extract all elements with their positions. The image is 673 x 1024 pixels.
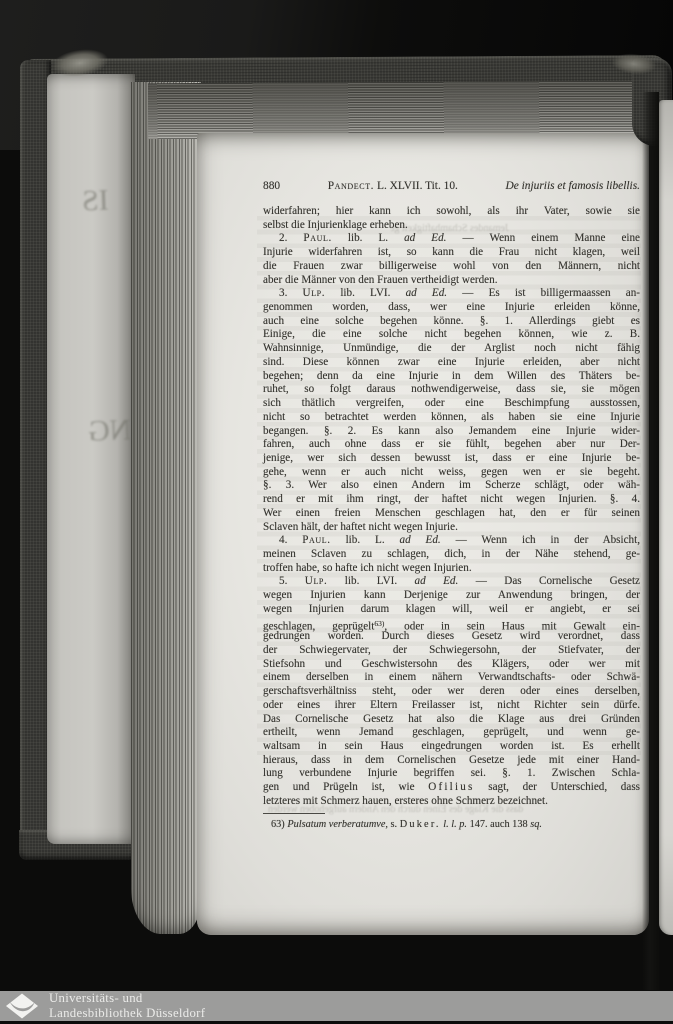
- text-line: sind. Diese können zwar eine Injurie erl…: [263, 356, 640, 370]
- page-edges-top: [148, 81, 644, 140]
- text-segment: gehe, wenn er auch nicht weiss, gegen we…: [263, 466, 640, 478]
- text-segment: Paul.: [303, 232, 331, 244]
- text-segment: der Schwiegervater, der Schwiegersohn, d…: [263, 644, 640, 656]
- text-segment: 63): [374, 619, 384, 628]
- text-line: geschlagen, geprügelt63), oder in sein H…: [263, 617, 640, 631]
- page-number: 880: [263, 180, 280, 192]
- text-line: 2. Paul. lib. L. ad Ed. — Wenn einem Man…: [263, 232, 640, 246]
- text-line: die Frauen zwar billigerweise wohl von d…: [263, 260, 640, 274]
- text-line: jenige, wer sich dessen bewusst ist, das…: [263, 452, 640, 466]
- text-segment: §. 3. Wer also einen Andern im Scherze s…: [263, 479, 640, 491]
- text-segment: begangen. §. 2. Es kann also Jemandem ei…: [263, 425, 640, 437]
- text-line: 4. Paul. lib. L. ad Ed. — Wenn ich in de…: [263, 534, 640, 548]
- text-segment: ad Ed.: [415, 575, 459, 587]
- text-line: lung verbundene Injurie begriffen sei. §…: [263, 767, 640, 781]
- text-line: 5. Ulp. lib. LVI. ad Ed. — Das Cornelisc…: [263, 575, 640, 589]
- text-line: oder eines ihrer Eltern Freilasser ist, …: [263, 699, 640, 713]
- running-title: Pandect. L. XLVII. Tit. 10.: [328, 180, 458, 192]
- text-segment: lib. LVI.: [325, 287, 405, 299]
- text-segment: gedrungen worden. Durch dieses Gesetz wi…: [263, 630, 640, 642]
- text-segment: wegen Injurien kann Derjenige zur Anwend…: [263, 589, 640, 601]
- text-segment: Wer einen freien Menschen geschlagen hat…: [263, 507, 640, 519]
- text-line: genommen worden, dass, wer eine Injurie …: [263, 301, 640, 315]
- text-segment: 2.: [279, 232, 303, 244]
- text-line: meinen Sclaven zu schlagen, dich, in der…: [263, 548, 640, 562]
- text-segment: nicht so betrachtet werden können, als h…: [263, 411, 640, 423]
- text-line: Einige, die eine solche nicht begehen kö…: [263, 328, 640, 342]
- text-segment: ad Ed.: [400, 534, 441, 546]
- text-segment: ad Ed.: [404, 232, 446, 244]
- text-segment: Ulp.: [303, 287, 326, 299]
- text-segment: fahren, auch ohne dass er sie fühlt, beg…: [263, 438, 640, 450]
- text-line: gehe, wenn er auch nicht weiss, gegen we…: [263, 466, 640, 480]
- text-segment: lib. L.: [331, 534, 400, 546]
- text-segment: waltsam in sein Haus eingedrungen worden…: [263, 740, 640, 752]
- text-segment: 3.: [279, 287, 303, 299]
- text-segment: Sclaven hält, der haftet nicht wegen Inj…: [263, 521, 458, 533]
- text-line: waltsam in sein Haus eingedrungen worden…: [263, 740, 640, 754]
- text-segment: hieraus, dass in dem Cornelischen Gesetz…: [263, 754, 640, 766]
- text-segment: Duker.: [400, 819, 441, 830]
- text-segment: lung verbundene Injurie begriffen sei. §…: [263, 767, 640, 779]
- text-line: aber die Männer von den Frauen vertheidi…: [263, 274, 640, 288]
- library-name-line1: Universitäts- und: [49, 991, 205, 1006]
- text-segment: — Es ist billigermaassen an-: [447, 287, 640, 299]
- text-line: rend er mit ihm ringt, der haftet nicht …: [263, 493, 640, 507]
- text-segment: 5.: [279, 575, 305, 587]
- page-header: 880 Pandect. L. XLVII. Tit. 10. De injur…: [263, 180, 640, 192]
- text-segment: 147. auch 138: [467, 819, 530, 830]
- text-line: einem derselben in einem nähern Verwandt…: [263, 671, 640, 685]
- text-segment: , s.: [385, 819, 399, 830]
- text-line: wegen Injurien kann Derjenige zur Anwend…: [263, 589, 640, 603]
- text-segment: Wahnsinnige, Unmündige, die der Arglist …: [263, 342, 640, 354]
- text-segment: sind. Diese können zwar eine Injurie erl…: [263, 356, 640, 368]
- text-line: Injurie widerfahren ist, so kann die Fra…: [263, 246, 640, 260]
- library-logo-icon: [5, 993, 39, 1019]
- book-scan-photo: 880 Pandect. L. XLVII. Tit. 10. De injur…: [0, 0, 673, 1024]
- gutter-shadow: [642, 92, 659, 990]
- text-segment: lib. LVI.: [327, 575, 414, 587]
- text-line: troffen habe, so hafte ich nicht wegen I…: [263, 562, 640, 576]
- showthrough-text: dass die Klage des Einen durch den Ander…: [268, 804, 523, 815]
- text-line: nicht so betrachtet werden können, als h…: [263, 411, 640, 425]
- page-text-lines: widerfahren; hier kann ich sowohl, als i…: [263, 205, 640, 809]
- text-segment: widerfahren; hier kann ich sowohl, als i…: [263, 205, 640, 217]
- text-line: Wer einen freien Menschen geschlagen hat…: [263, 507, 640, 521]
- text-segment: ertheilt, wenn Jemand geschlagen, geprüg…: [263, 726, 640, 738]
- page-edges-left: [131, 82, 201, 934]
- text-segment: Einige, die eine solche nicht begehen kö…: [263, 328, 640, 340]
- text-segment: Ulp.: [305, 575, 328, 587]
- showthrough-letter: NG: [87, 413, 132, 448]
- text-segment: wegen Injurien darum klagen will, weil e…: [263, 603, 640, 615]
- showthrough-letter: IS: [81, 184, 109, 219]
- text-segment: sagt, der Unterschied, dass: [475, 781, 640, 793]
- text-segment: Paul.: [302, 534, 330, 546]
- text-segment: l. l. p.: [443, 819, 467, 830]
- text-line: Stiefsohn und Geschwistersohn des Kläger…: [263, 658, 640, 672]
- text-line: gedrungen worden. Durch dieses Gesetz wi…: [263, 630, 640, 644]
- text-line: fahren, auch ohne dass er sie fühlt, beg…: [263, 438, 640, 452]
- text-line: auch eine solche begehen könne. §. 1. Al…: [263, 315, 640, 329]
- text-segment: genommen worden, dass, wer eine Injurie …: [263, 301, 640, 313]
- text-line: 3. Ulp. lib. LVI. ad Ed. — Es ist billig…: [263, 287, 640, 301]
- text-line: begangen. §. 2. Es kann also Jemandem ei…: [263, 425, 640, 439]
- text-line: wegen Injurien darum klagen will, weil e…: [263, 603, 640, 617]
- facing-page-edge: [659, 100, 673, 935]
- printed-text-column: 880 Pandect. L. XLVII. Tit. 10. De injur…: [263, 180, 640, 830]
- text-line: sich thätlich vergreifen, oder eine Besc…: [263, 397, 640, 411]
- text-segment: — Wenn ich in der Absicht,: [441, 534, 640, 546]
- text-line: begehen; denn da eine Injurie in dem Wil…: [263, 370, 640, 384]
- running-title-latin: De injuriis et famosis libellis.: [506, 180, 640, 192]
- text-segment: ruhet, so folgt daraus nothwendigerweise…: [263, 383, 640, 395]
- text-segment: Ofilius: [428, 781, 474, 793]
- text-segment: begehen; denn da eine Injurie in dem Wil…: [263, 370, 640, 382]
- text-segment: Injurie widerfahren ist, so kann die Fra…: [263, 246, 640, 258]
- text-segment: sq.: [530, 819, 542, 830]
- text-segment: Das Cornelische Gesetz hat also die Klag…: [263, 713, 640, 725]
- library-name-line2: Landesbibliothek Düsseldorf: [49, 1006, 205, 1021]
- text-line: der Schwiegervater, der Schwiegersohn, d…: [263, 644, 640, 658]
- text-segment: — Wenn einem Manne eine: [446, 232, 640, 244]
- text-line: ruhet, so folgt daraus nothwendigerweise…: [263, 383, 640, 397]
- text-segment: selbst die Injurienklage erheben.: [263, 219, 408, 231]
- text-segment: jenige, wer sich dessen bewusst ist, das…: [263, 452, 640, 464]
- text-line: §. 3. Wer also einen Andern im Scherze s…: [263, 479, 640, 493]
- text-segment: ad Ed.: [406, 287, 448, 299]
- text-line: gerschaftsverhältniss steht, oder wer de…: [263, 685, 640, 699]
- text-segment: Stiefsohn und Geschwistersohn des Kläger…: [263, 658, 640, 670]
- text-segment: Pulsatum verberatumve: [287, 819, 385, 830]
- text-line: gen und Prügeln ist, wie Ofilius sagt, d…: [263, 781, 640, 795]
- showthrough-text: Jemandes Schamhaftigkeit ge: [390, 223, 509, 234]
- text-segment: oder eines ihrer Eltern Freilasser ist, …: [263, 699, 640, 711]
- text-line: Wahnsinnige, Unmündige, die der Arglist …: [263, 342, 640, 356]
- text-line: Das Cornelische Gesetz hat also die Klag…: [263, 713, 640, 727]
- text-segment: einem derselben in einem nähern Verwandt…: [263, 671, 640, 683]
- text-segment: 4.: [279, 534, 302, 546]
- text-segment: troffen habe, so hafte ich nicht wegen I…: [263, 562, 472, 574]
- text-segment: — Das Cornelische Gesetz: [458, 575, 640, 587]
- text-segment: sich thätlich vergreifen, oder eine Besc…: [263, 397, 640, 409]
- text-segment: lib. L.: [332, 232, 404, 244]
- text-line: Sclaven hält, der haftet nicht wegen Inj…: [263, 521, 640, 535]
- text-segment: rend er mit ihm ringt, der haftet nicht …: [263, 493, 640, 505]
- text-segment: 63): [271, 819, 287, 830]
- library-name: Universitäts- und Landesbibliothek Düsse…: [49, 991, 205, 1020]
- text-segment: gen und Prügeln ist, wie: [263, 781, 428, 793]
- text-segment: die Frauen zwar billigerweise wohl von d…: [263, 260, 640, 272]
- footnote: 63) Pulsatum verberatumve, s. Duker. l. …: [263, 819, 640, 830]
- text-line: hieraus, dass in dem Cornelischen Gesetz…: [263, 754, 640, 768]
- library-watermark-bar: Universitäts- und Landesbibliothek Düsse…: [0, 991, 673, 1021]
- text-segment: auch eine solche begehen könne. §. 1. Al…: [263, 315, 640, 327]
- text-line: widerfahren; hier kann ich sowohl, als i…: [263, 205, 640, 219]
- text-segment: aber die Männer von den Frauen vertheidi…: [263, 274, 498, 286]
- text-segment: gerschaftsverhältniss steht, oder wer de…: [263, 685, 640, 697]
- text-segment: meinen Sclaven zu schlagen, dich, in der…: [263, 548, 640, 560]
- text-line: ertheilt, wenn Jemand geschlagen, geprüg…: [263, 726, 640, 740]
